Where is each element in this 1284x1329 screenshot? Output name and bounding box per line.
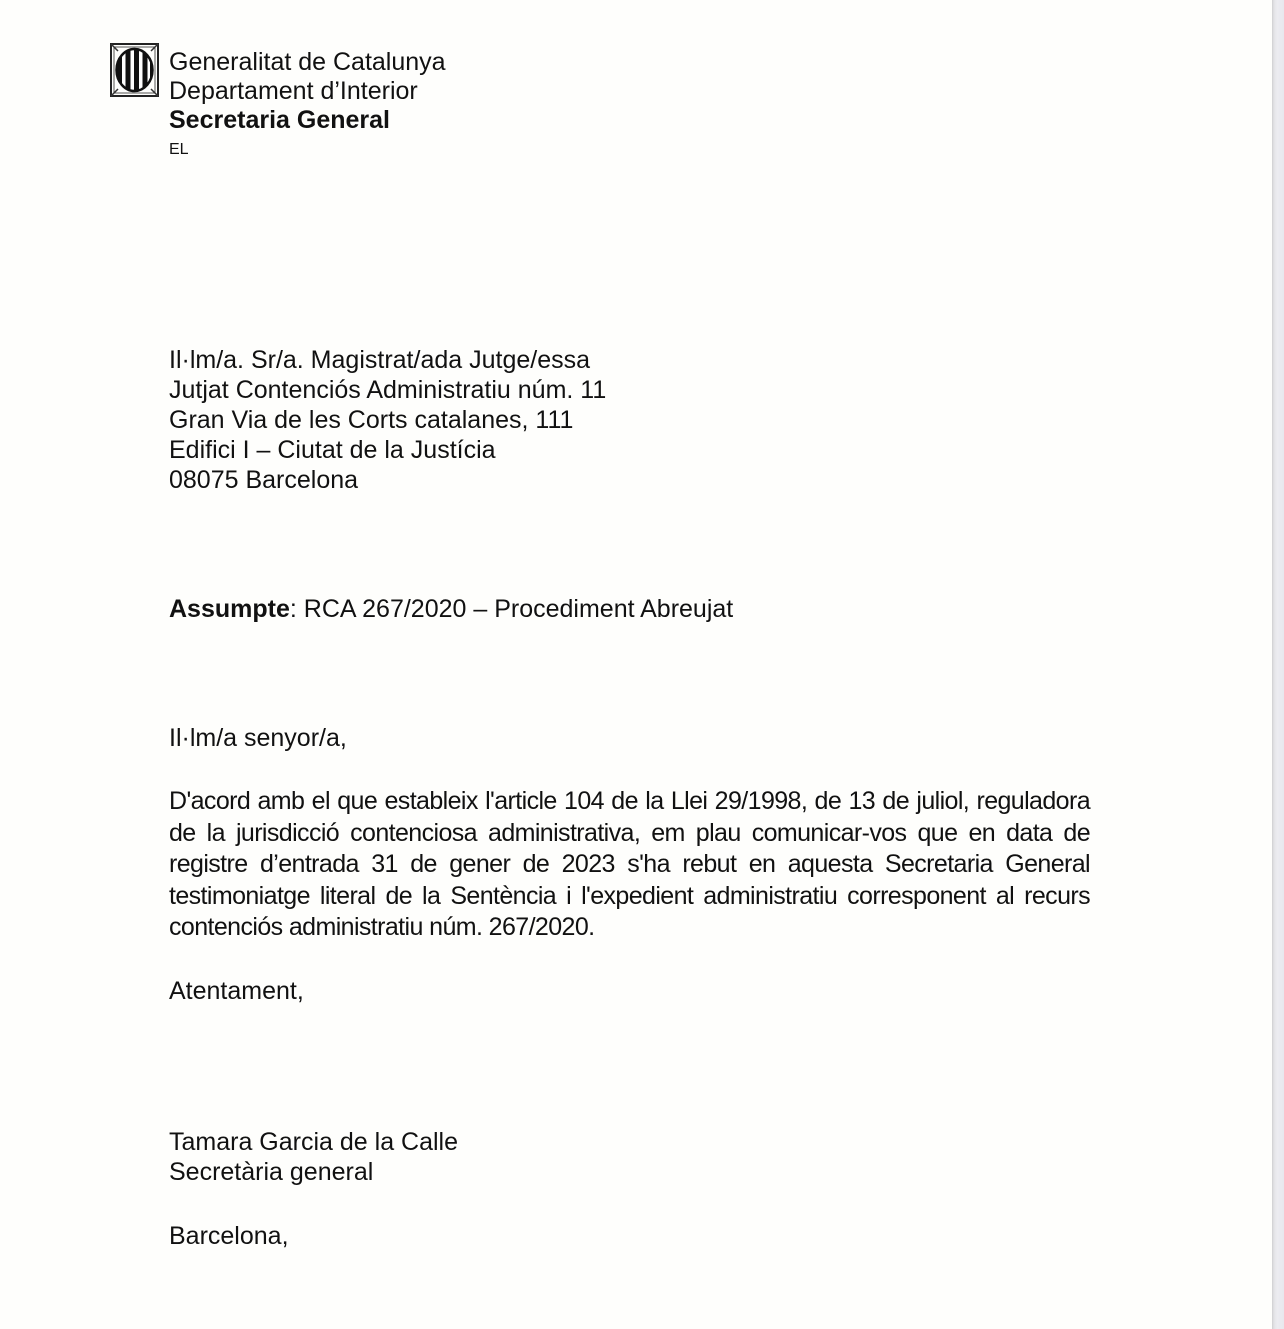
subject-label: Assumpte bbox=[169, 595, 290, 623]
recipient-line: Edifici I – Ciutat de la Justícia bbox=[169, 435, 606, 465]
closing: Atentament, bbox=[169, 976, 304, 1006]
letterhead-organization: Generalitat de Catalunya bbox=[169, 48, 446, 77]
signature-block: Tamara Garcia de la Calle Secretària gen… bbox=[169, 1127, 458, 1187]
letterhead: Generalitat de Catalunya Departament d’I… bbox=[169, 48, 446, 163]
place-date: Barcelona, bbox=[169, 1221, 289, 1251]
recipient-line: Jutjat Contenciós Administratiu núm. 11 bbox=[169, 375, 606, 405]
letterhead-initials: EL bbox=[169, 137, 446, 163]
recipient-address: Il·lm/a. Sr/a. Magistrat/ada Jutge/essa … bbox=[169, 345, 606, 495]
recipient-line: Il·lm/a. Sr/a. Magistrat/ada Jutge/essa bbox=[169, 345, 606, 375]
page-edge bbox=[1272, 0, 1284, 1329]
recipient-line: Gran Via de les Corts catalanes, 111 bbox=[169, 405, 606, 435]
subject-line: Assumpte: RCA 267/2020 – Procediment Abr… bbox=[169, 594, 733, 624]
letter-body: D'acord amb el que estableix l'article 1… bbox=[169, 786, 1090, 944]
subject-value: RCA 267/2020 – Procediment Abreujat bbox=[304, 595, 733, 623]
generalitat-coat-of-arms-icon bbox=[110, 43, 159, 97]
signatory-title: Secretària general bbox=[169, 1157, 458, 1187]
salutation: Il·lm/a senyor/a, bbox=[169, 723, 347, 753]
letterhead-unit: Secretaria General bbox=[169, 106, 446, 135]
subject-separator: : bbox=[290, 595, 304, 623]
letterhead-department: Departament d’Interior bbox=[169, 77, 446, 106]
signatory-name: Tamara Garcia de la Calle bbox=[169, 1127, 458, 1157]
recipient-line: 08075 Barcelona bbox=[169, 465, 606, 495]
